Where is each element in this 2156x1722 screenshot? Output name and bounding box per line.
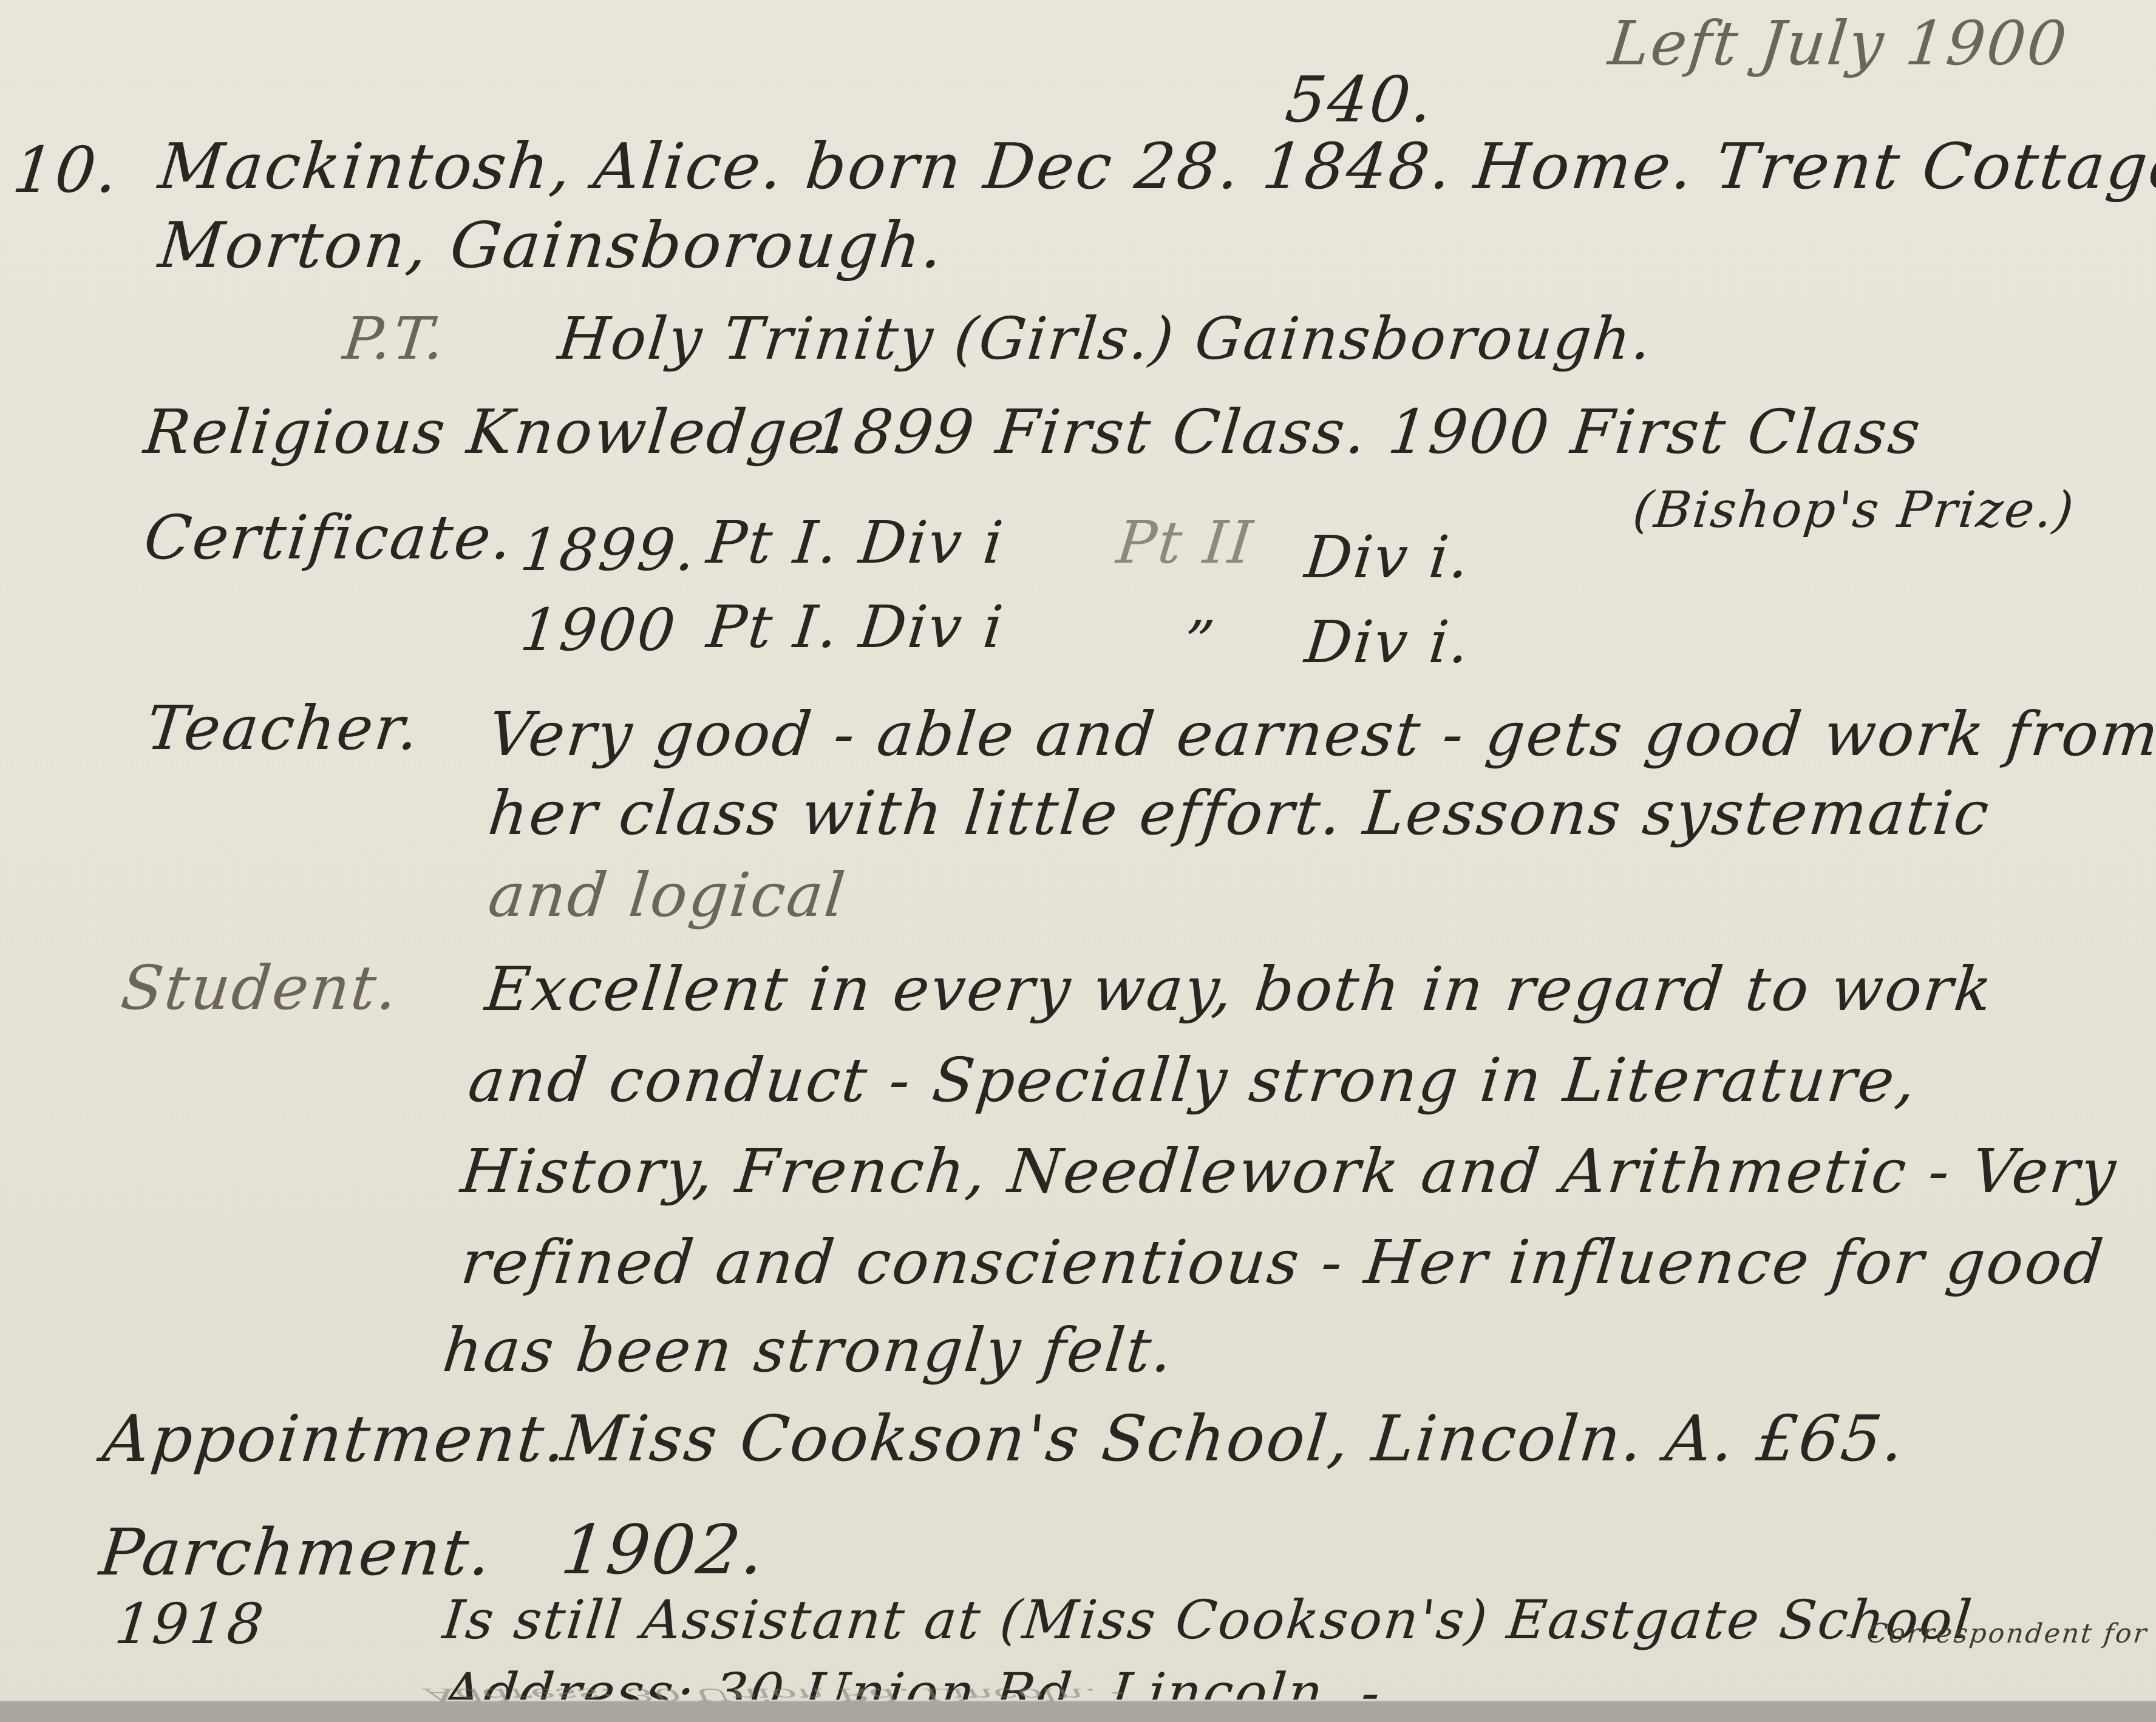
address-reflection: Address: 30 Union Rd. Lincoln. - — [425, 1684, 1125, 1704]
certificate-1899-year: 1899. — [518, 521, 700, 579]
pt-value: Holy Trinity (Girls.) Gainsborough. — [556, 310, 1656, 368]
page-number: 540. — [1283, 68, 1437, 131]
parchment-value: 1902. — [558, 1516, 769, 1584]
note-1918-year: 1918 — [112, 1596, 268, 1652]
certificate-1899-part2-label: Pt II — [1114, 514, 1257, 572]
religious-knowledge-value: 1899 First Class. 1900 First Class — [811, 402, 1925, 463]
certificate-label: Certificate. — [141, 507, 517, 568]
certificate-1899-part1: Pt I. Div i — [704, 514, 1007, 572]
certificate-1900-part2: Div i. — [1302, 613, 1474, 671]
note-1918-correspondent: - Correspondent for 1900 — [1845, 1621, 2156, 1647]
entry-name-line: Mackintosh, Alice. born Dec 28. 1848. Ho… — [156, 135, 2156, 198]
appointment-label: Appointment. — [100, 1407, 571, 1471]
bishops-prize-note: (Bishop's Prize.) — [1631, 486, 2078, 535]
teacher-line-1: Very good - able and earnest - gets good… — [486, 704, 2156, 765]
teacher-line-3: and logical — [486, 865, 849, 926]
student-line-4: refined and conscientious - Her influenc… — [458, 1232, 2107, 1293]
certificate-1900-ditto: ” — [1181, 613, 1219, 671]
student-line-5: has been strongly felt. — [440, 1320, 1177, 1381]
student-label: Student. — [118, 958, 402, 1019]
teacher-line-2: her class with little effort. Lessons sy… — [486, 783, 1993, 844]
pt-label: P.T. — [341, 310, 449, 368]
entry-address-line: Morton, Gainsborough. — [156, 214, 948, 277]
certificate-1900-year: 1900 — [518, 601, 679, 659]
religious-knowledge-label: Religious Knowledge. — [141, 402, 851, 463]
entry-number: 10. — [10, 138, 123, 202]
register-page: Left July 1900 540. 10. Mackintosh, Alic… — [0, 0, 2156, 1700]
parchment-label: Parchment. — [97, 1520, 495, 1585]
student-line-1: Excellent in every way, both in regard t… — [483, 959, 1996, 1020]
student-line-3: History, French, Needlework and Arithmet… — [458, 1141, 2120, 1202]
teacher-label: Teacher. — [144, 698, 423, 759]
appointment-value: Miss Cookson's School, Lincoln. A. £65. — [559, 1407, 1909, 1470]
certificate-1900-part1: Pt I. Div i — [704, 598, 1007, 656]
certificate-1899-part2: Div i. — [1302, 528, 1474, 586]
left-date-note: Left July 1900 — [1606, 13, 2071, 74]
student-line-2: and conduct - Specially strong in Litera… — [466, 1050, 1920, 1111]
note-1918-line-1: Is still Assistant at (Miss Cookson's) E… — [440, 1593, 1976, 1647]
